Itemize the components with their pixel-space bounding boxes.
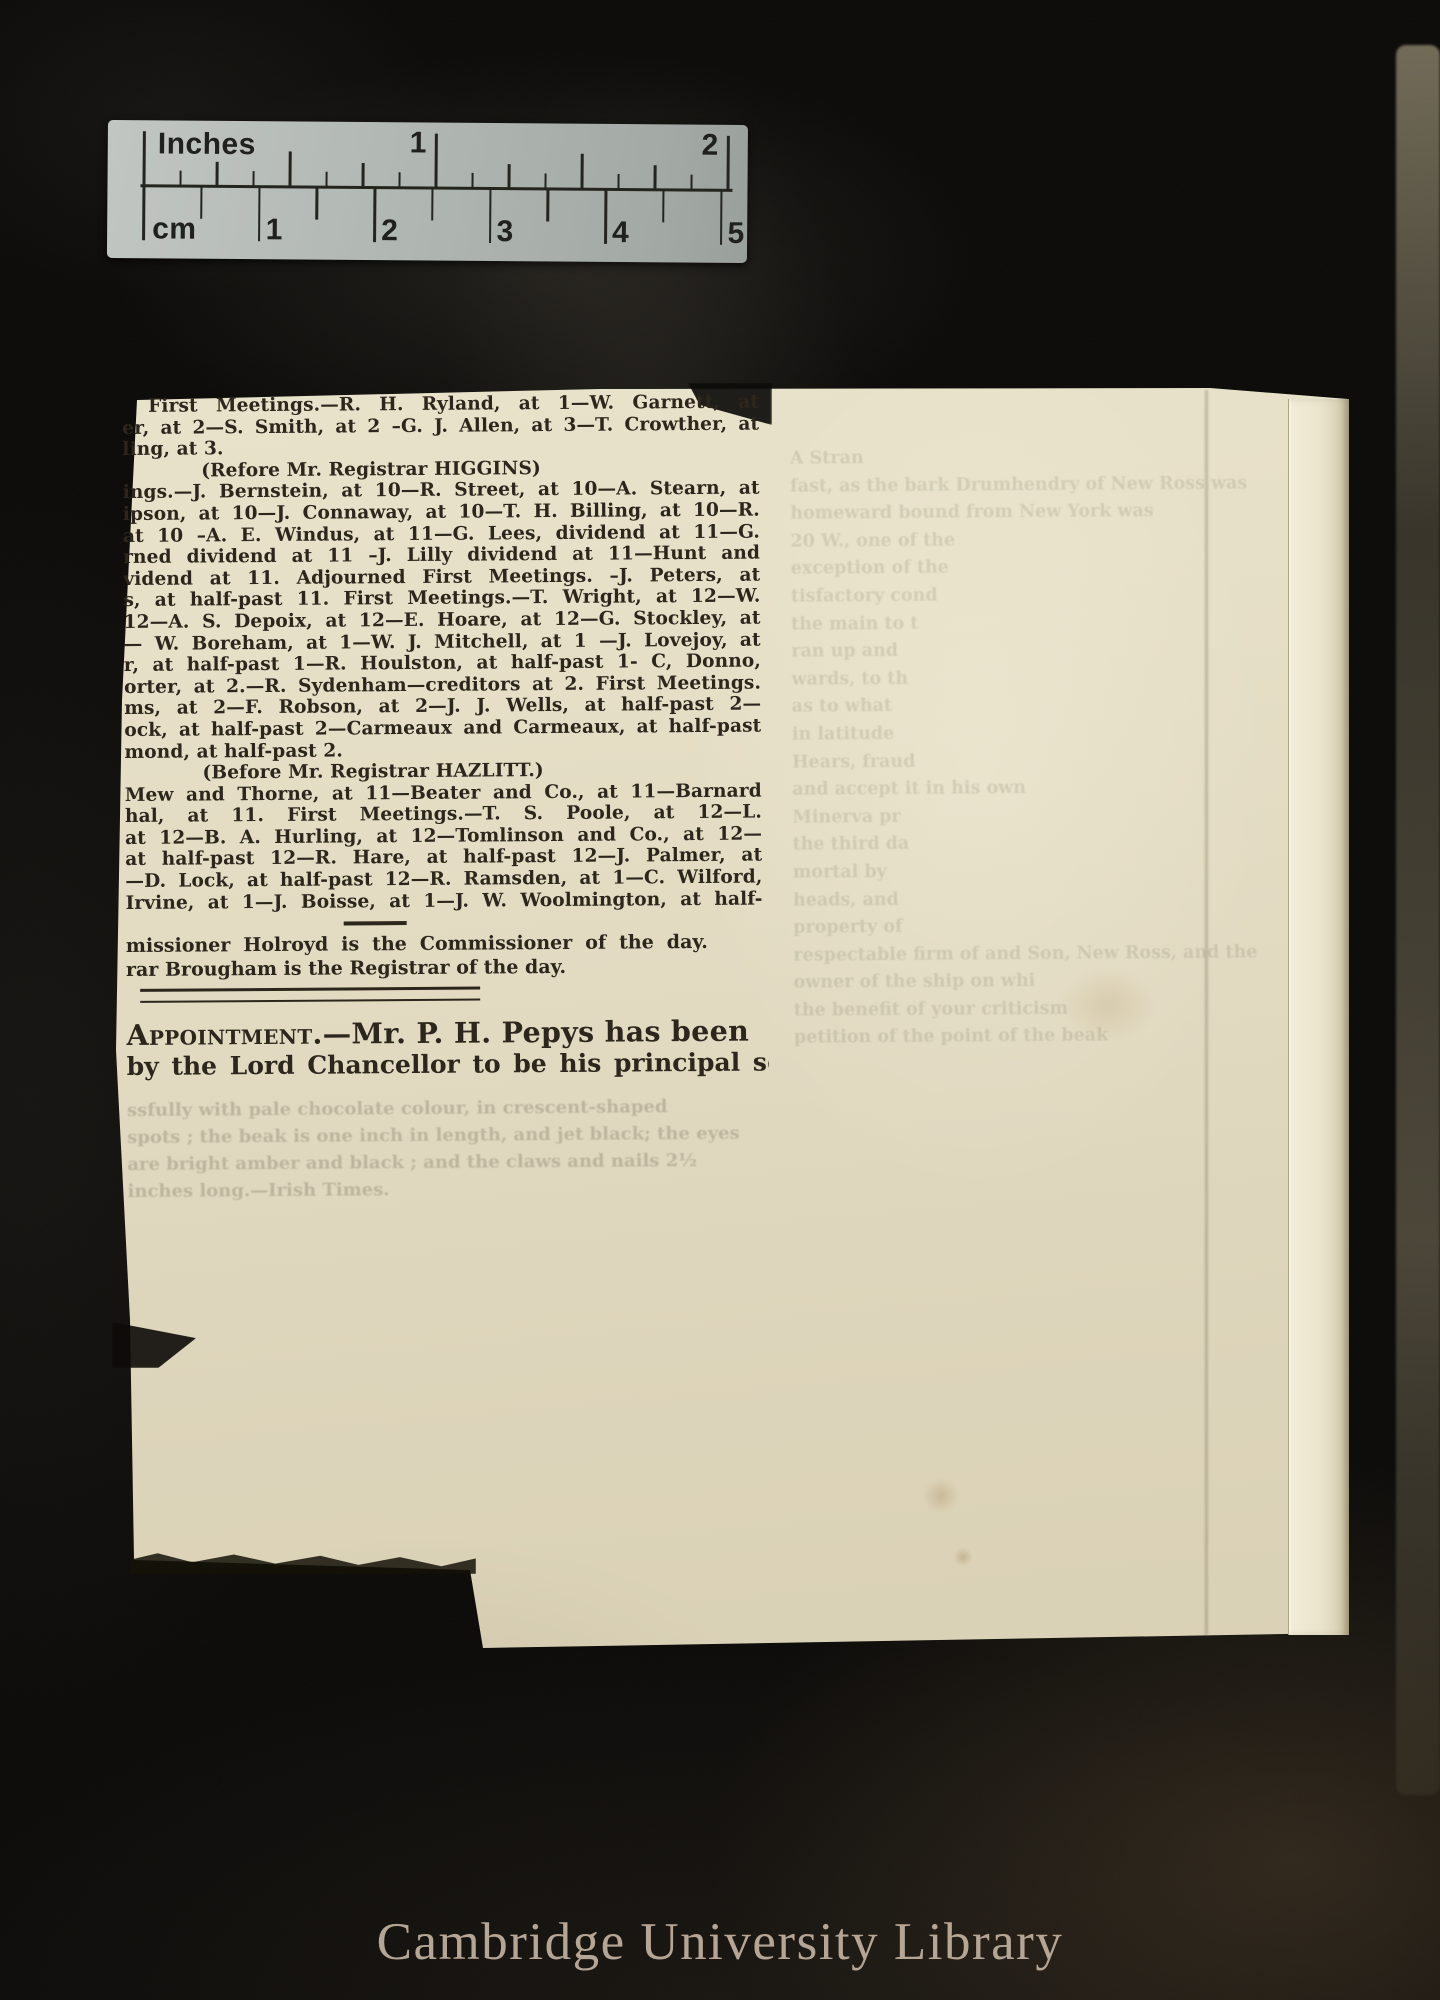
- ruler-tick: [726, 136, 729, 191]
- day-line: rar Brougham is the Registrar of the day…: [126, 954, 708, 982]
- ghost-line: and accept it in his own: [792, 774, 1257, 805]
- ruler-tick: [489, 189, 492, 243]
- ghost-line: wards, to th: [791, 663, 1256, 694]
- ruler-inches-label: Inches: [158, 129, 256, 160]
- ghost-line: fast, as the bark Drumhendry of New Ross…: [790, 470, 1255, 501]
- ruler-tick: [325, 172, 328, 188]
- clipping-body: First Meetings.—R. H. Ryland, at 1—W. Ga…: [122, 392, 768, 915]
- separator-rule: [344, 921, 407, 925]
- ruler-number: 1: [410, 128, 427, 158]
- ruler: Inches cm 1212345: [107, 120, 748, 263]
- double-rule: [140, 987, 480, 1003]
- show-through-text-right: A Stranfast, as the bark Drumhendry of N…: [790, 442, 1259, 1060]
- ghost-line: as to what: [792, 691, 1257, 722]
- ruler-tick: [507, 164, 510, 189]
- ghost-line: in latitude: [792, 718, 1257, 749]
- ruler-tick: [288, 151, 291, 187]
- ruler-tick: [252, 171, 255, 187]
- ruler-tick: [398, 172, 401, 188]
- ruler-number: 3: [497, 217, 514, 247]
- ruler-tick: [142, 186, 145, 240]
- ghost-line: mortal by: [793, 856, 1258, 887]
- appointment-text: —Mr. P. H. Pepys has been: [323, 1014, 750, 1051]
- ghost-line: respectable firm of and Son, New Ross, a…: [793, 939, 1258, 970]
- ghost-line: tisfactory cond: [791, 580, 1256, 611]
- show-through-text-left: ssfully with pale chocolate colour, in c…: [127, 1093, 770, 1205]
- appointment-line-2: by the Lord Chancellor to be his princip…: [127, 1047, 769, 1082]
- ruler-tick: [179, 171, 182, 187]
- ruler-tick: [617, 174, 620, 190]
- appointment-line: Appointment.—Mr. P. H. Pepys has been: [126, 1016, 768, 1051]
- ghost-line: ran up and: [791, 636, 1256, 667]
- page-edge-strip: [1288, 399, 1349, 1635]
- ghost-line: 20 W., one of the: [790, 525, 1255, 556]
- ruler-number: 1: [266, 215, 283, 245]
- ghost-line: owner of the ship on whi: [794, 967, 1259, 998]
- ruler-tick: [431, 189, 434, 221]
- day-line: missioner Holroyd is the Commissioner of…: [126, 930, 708, 958]
- ghost-line: Minerva pr: [792, 801, 1257, 832]
- ghost-line: property of: [793, 911, 1258, 942]
- ruler-tick: [662, 190, 665, 222]
- ruler-tick: [142, 131, 145, 186]
- ruler-tick: [200, 187, 203, 219]
- photograph: Inches cm 1212345 First Meetings.—R. H. …: [0, 0, 1440, 2000]
- ruler-tick: [471, 173, 474, 189]
- ruler-tick: [690, 175, 693, 191]
- day-block: missioner Holroyd is the Commissioner of…: [126, 930, 768, 982]
- ghost-line: are bright amber and black ; and the cla…: [127, 1147, 764, 1178]
- ruler-cm-label: cm: [152, 214, 197, 244]
- ruler-number: 2: [702, 131, 719, 161]
- ghost-line: the benefit of your criticism: [794, 994, 1259, 1025]
- clipping-line: Irvine, at 1—J. Boisse, at 1—J. W. Woolm…: [125, 888, 762, 914]
- ruler-tick: [720, 191, 723, 245]
- library-caption: Cambridge University Library: [0, 1912, 1440, 1972]
- appointment-heading: Appointment.: [126, 1017, 322, 1052]
- ruler-tick: [315, 188, 318, 220]
- ghost-line: the third da: [793, 829, 1258, 860]
- ruler-number: 2: [381, 216, 398, 246]
- ghost-line: A Stran: [790, 442, 1255, 473]
- ruler-tick: [546, 189, 549, 221]
- ruler-tick: [653, 165, 656, 190]
- clipping-line: ling, at 3.: [122, 435, 759, 461]
- ghost-line: heads, and: [793, 884, 1258, 915]
- ruler-tick: [434, 134, 437, 189]
- ruler-tick: [215, 162, 218, 187]
- ruler-tick: [604, 190, 607, 244]
- ghost-line: the main to t: [791, 608, 1256, 639]
- ruler-tick: [373, 188, 376, 242]
- ghost-line: exception of the: [791, 553, 1256, 584]
- ghost-line: Hears, fraud: [792, 746, 1257, 777]
- ruler-number: 4: [612, 218, 629, 248]
- ghost-line: inches long.—Irish Times.: [127, 1174, 764, 1205]
- book-fore-edge: [1396, 45, 1440, 1795]
- ruler-tick: [361, 163, 364, 188]
- clipping-line: mond, at half-past 2.: [124, 737, 761, 763]
- ghost-line: homeward bound from New York was: [790, 498, 1255, 529]
- ruler-tick: [580, 154, 583, 190]
- newspaper-clipping: First Meetings.—R. H. Ryland, at 1—W. Ga…: [122, 392, 770, 1206]
- ghost-line: petition of the point of the beak: [794, 1022, 1259, 1053]
- ruler-tick: [258, 187, 261, 241]
- ruler-number: 5: [728, 219, 745, 249]
- ruler-tick: [544, 173, 547, 189]
